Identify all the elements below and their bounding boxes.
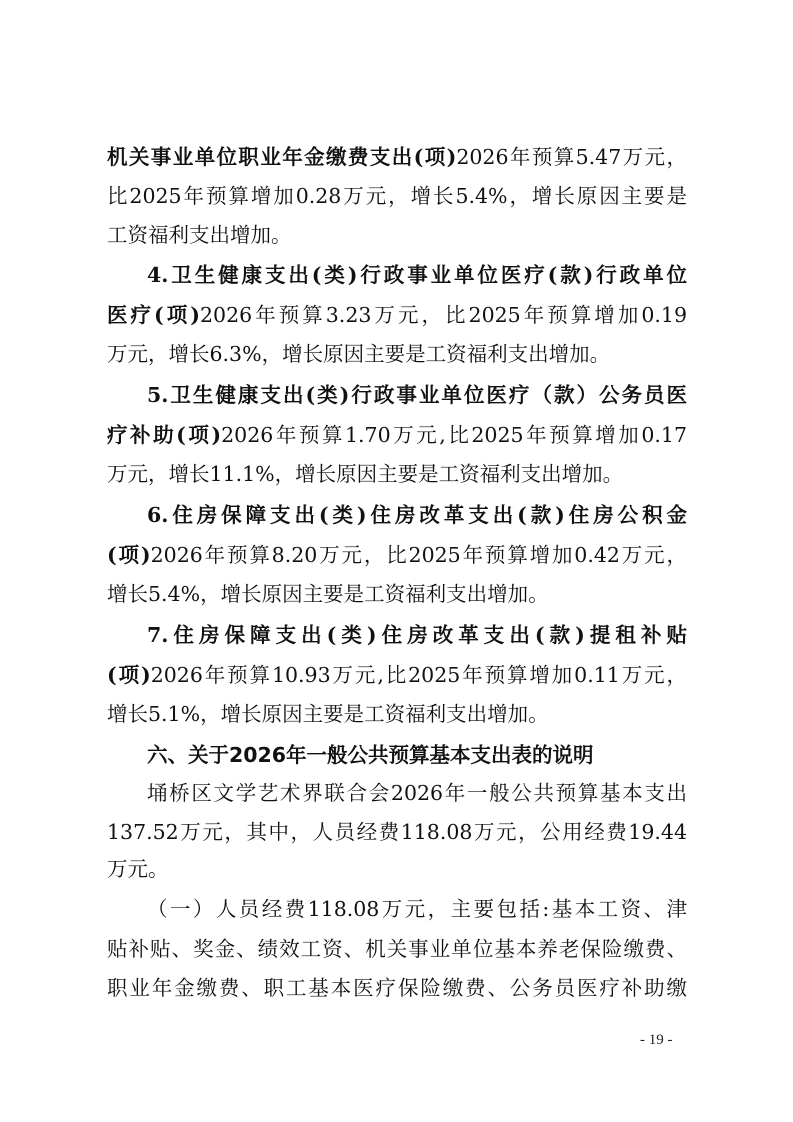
item-text: 工资福利支出增加。 <box>107 223 292 247</box>
item-text: 2026年预算10.93万元,比2025年预算增加0.11万元， <box>151 663 687 687</box>
personnel-line: 贴补贴、奖金、绩效工资、机关事业单位基本养老保险缴费、 <box>107 936 687 962</box>
item-text: 增长5.1%，增长原因主要是工资福利支出增加。 <box>107 702 549 726</box>
item-title: 医疗(项) <box>107 303 200 327</box>
paragraph-line: 医疗(项)2026年预算3.23万元，比2025年预算增加0.19 <box>107 302 687 328</box>
item-6-title-line: 6.住房保障支出(类)住房改革支出(款)住房公积金 <box>147 502 687 528</box>
page-number: - 19 - <box>640 1032 673 1049</box>
paragraph-line: 万元，增长11.1%，增长原因主要是工资福利支出增加。 <box>107 461 687 487</box>
paragraph-line: 工资福利支出增加。 <box>107 222 687 248</box>
item-text: 2026年预算3.23万元，比2025年预算增加0.19 <box>200 303 687 327</box>
item-text: 增长5.4%，增长原因主要是工资福利支出增加。 <box>107 582 549 606</box>
item-title: (项) <box>107 663 151 687</box>
summary-line: 万元。 <box>107 856 687 882</box>
document-page: 机关事业单位职业年金缴费支出(项)2026年预算5.47万元， 比2025年预算… <box>0 0 793 1122</box>
item-title: 4.卫生健康支出(类)行政事业单位医疗(款)行政单位 <box>147 263 687 287</box>
personnel-line: （一）人员经费118.08万元，主要包括:基本工资、津 <box>147 896 687 922</box>
item-title: 7.住房保障支出(类)住房改革支出(款)提租补贴 <box>147 623 687 647</box>
paragraph-line: 比2025年预算增加0.28万元，增长5.4%，增长原因主要是 <box>107 183 687 209</box>
summary-line: 137.52万元，其中，人员经费118.08万元，公用经费19.44 <box>107 819 687 845</box>
item-text: 2026年预算8.20万元，比2025年预算增加0.42万元， <box>151 543 687 567</box>
item-text: 2026年预算1.70万元,比2025年预算增加0.17 <box>221 423 687 447</box>
item-title: 疗补助(项) <box>107 423 221 447</box>
item-7-title-line: 7.住房保障支出(类)住房改革支出(款)提租补贴 <box>147 622 687 648</box>
item-title: 机关事业单位职业年金缴费支出(项) <box>107 145 456 169</box>
item-text: 2026年预算5.47万元， <box>456 145 687 169</box>
item-text: 比2025年预算增加0.28万元，增长5.4%，增长原因主要是 <box>107 184 687 208</box>
item-title: 5.卫生健康支出(类)行政事业单位医疗（款）公务员医 <box>147 383 687 407</box>
paragraph-line: 增长5.4%，增长原因主要是工资福利支出增加。 <box>107 581 687 607</box>
item-text: 万元，增长11.1%，增长原因主要是工资福利支出增加。 <box>107 462 623 486</box>
summary-line: 埇桥区文学艺术界联合会2026年一般公共预算基本支出 <box>147 780 687 806</box>
paragraph-line: 机关事业单位职业年金缴费支出(项)2026年预算5.47万元， <box>107 144 687 170</box>
paragraph-line: 增长5.1%，增长原因主要是工资福利支出增加。 <box>107 701 687 727</box>
item-title: (项) <box>107 543 151 567</box>
item-4-title-line: 4.卫生健康支出(类)行政事业单位医疗(款)行政单位 <box>147 262 687 288</box>
personnel-line: 职业年金缴费、职工基本医疗保险缴费、公务员医疗补助缴 <box>107 975 687 1001</box>
item-5-title-line: 5.卫生健康支出(类)行政事业单位医疗（款）公务员医 <box>147 382 687 408</box>
paragraph-line: (项)2026年预算10.93万元,比2025年预算增加0.11万元， <box>107 662 687 688</box>
paragraph-line: 疗补助(项)2026年预算1.70万元,比2025年预算增加0.17 <box>107 422 687 448</box>
item-text: 万元，增长6.3%，增长原因主要是工资福利支出增加。 <box>107 342 610 366</box>
paragraph-line: 万元，增长6.3%，增长原因主要是工资福利支出增加。 <box>107 341 687 367</box>
item-title: 6.住房保障支出(类)住房改革支出(款)住房公积金 <box>147 503 687 527</box>
section-heading: 六、关于2026年一般公共预算基本支出表的说明 <box>147 742 687 768</box>
paragraph-line: (项)2026年预算8.20万元，比2025年预算增加0.42万元， <box>107 542 687 568</box>
